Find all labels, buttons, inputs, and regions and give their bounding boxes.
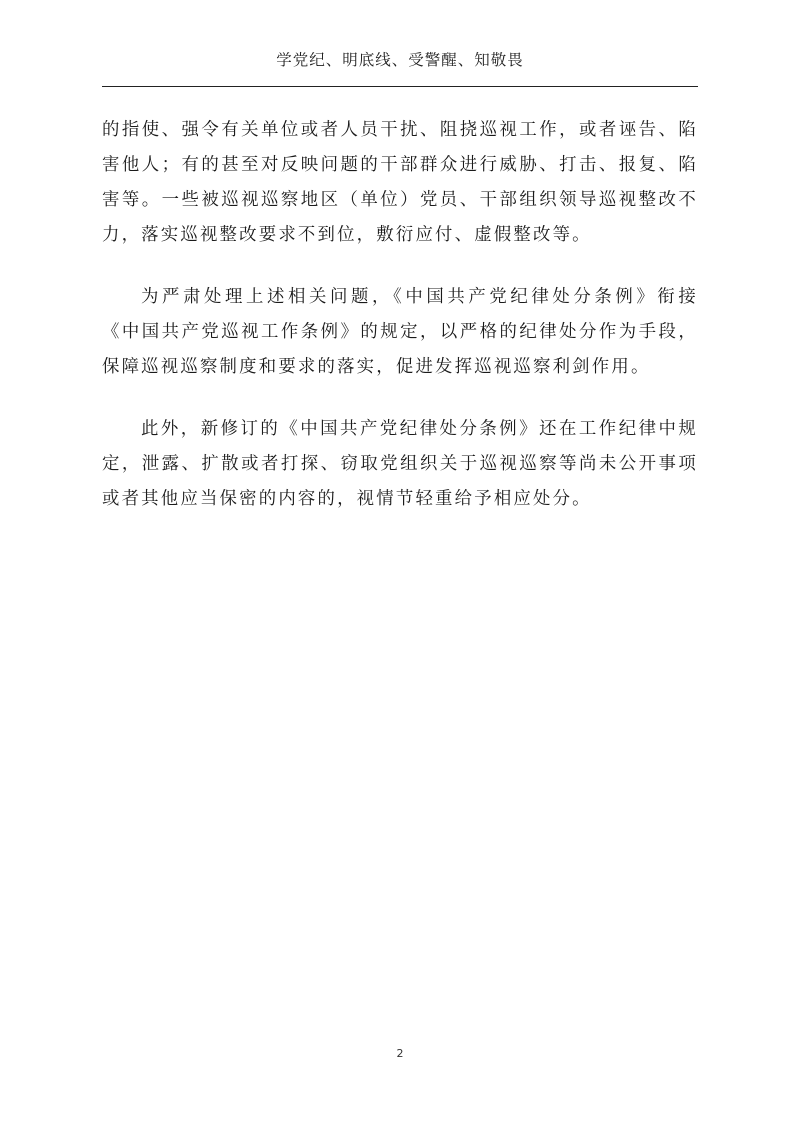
document-body: 的指使、强令有关单位或者人员干扰、阻挠巡视工作，或者诬告、陷害他人；有的甚至对反… bbox=[102, 113, 698, 517]
page-header-title: 学党纪、明底线、受警醒、知敬畏 bbox=[102, 50, 698, 70]
paragraph-2: 为严肃处理上述相关问题，《中国共产党纪律处分条例》衔接《中国共产党巡视工作条例》… bbox=[102, 280, 698, 385]
paragraph-1: 的指使、强令有关单位或者人员干扰、阻挠巡视工作，或者诬告、陷害他人；有的甚至对反… bbox=[102, 113, 698, 253]
page-number: 2 bbox=[0, 1047, 800, 1060]
header-divider bbox=[102, 86, 698, 87]
paragraph-3: 此外，新修订的《中国共产党纪律处分条例》还在工作纪律中规定，泄露、扩散或者打探、… bbox=[102, 412, 698, 517]
